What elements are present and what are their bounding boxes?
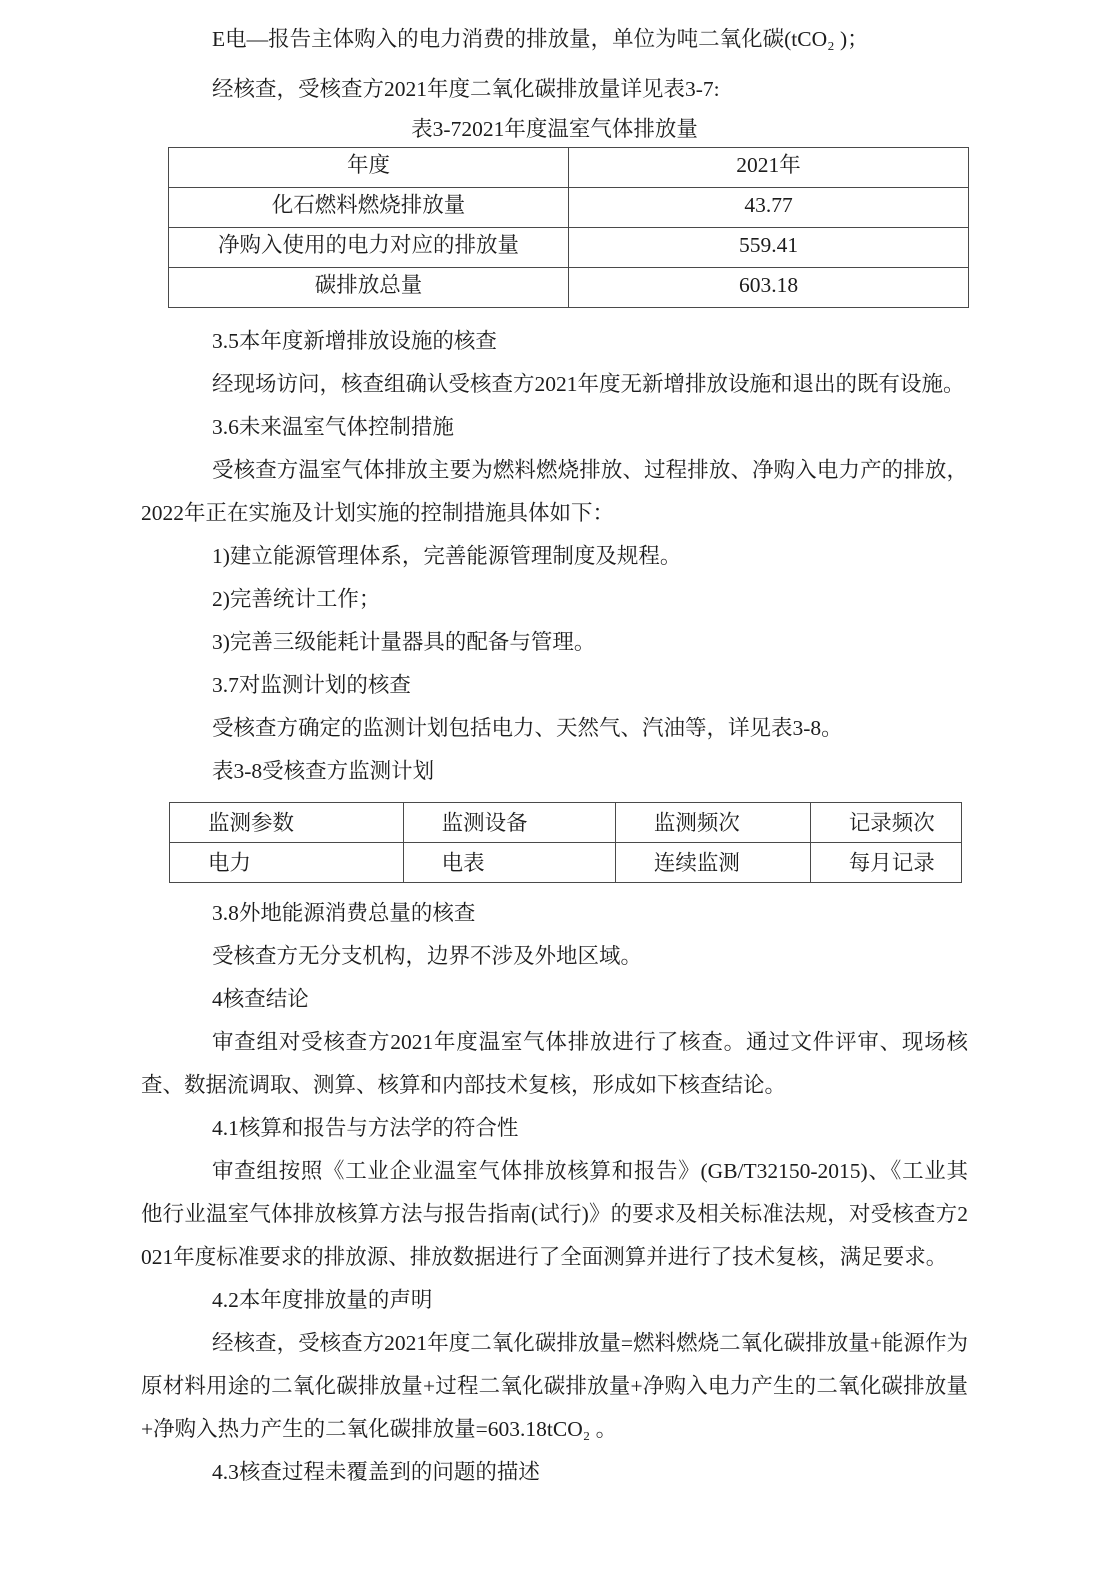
table-cell-fossil-label: 化石燃料燃烧排放量 xyxy=(169,188,569,228)
heading-3-6: 3.6未来温室气体控制措施 xyxy=(141,406,968,449)
header-cell-record-frequency: 记录频次 xyxy=(810,803,961,843)
header-cell-parameter: 监测参数 xyxy=(170,803,404,843)
cell-record-frequency: 每月记录 xyxy=(810,843,961,883)
heading-4-3: 4.3核查过程未覆盖到的问题的描述 xyxy=(141,1451,968,1494)
heading-3-8: 3.8外地能源消费总量的核查 xyxy=(141,892,968,935)
paragraph-4-1-body: 审查组按照《工业企业温室气体排放核算和报告》(GB/T32150-2015)、《… xyxy=(141,1150,968,1279)
paragraph-3-5-body: 经现场访问，核查组确认受核查方2021年度无新增排放设施和退出的既有设施。 xyxy=(141,363,968,406)
paragraph-4-body: 审查组对受核查方2021年度温室气体排放进行了核查。通过文件评审、现场核查、数据… xyxy=(141,1021,968,1107)
header-cell-device: 监测设备 xyxy=(403,803,615,843)
paragraph-see-table-3-7: 经核查，受核查方2021年度二氧化碳排放量详见表3-7: xyxy=(141,68,968,111)
monitoring-plan-table: 监测参数 监测设备 监测频次 记录频次 电力 电表 连续监测 每月记录 xyxy=(169,802,962,883)
measure-item-3: 3)完善三级能耗计量器具的配备与管理。 xyxy=(141,621,968,664)
cell-frequency: 连续监测 xyxy=(615,843,810,883)
paragraph-3-8-body: 受核查方无分支机构，边界不涉及外地区域。 xyxy=(141,935,968,978)
header-cell-frequency: 监测频次 xyxy=(615,803,810,843)
paragraph-electricity-definition: E电—报告主体购入的电力消费的排放量，单位为吨二氧化碳(tCO₂ )； xyxy=(141,18,968,61)
table-row: 净购入使用的电力对应的排放量 559.41 xyxy=(169,228,969,268)
measure-item-2: 2)完善统计工作； xyxy=(141,578,968,621)
table-3-7-caption: 表3-72021年度温室气体排放量 xyxy=(141,111,968,147)
table-cell-electricity-value: 559.41 xyxy=(569,228,969,268)
table-cell-total-label: 碳排放总量 xyxy=(169,268,569,308)
paragraph-4-2-body: 经核查，受核查方2021年度二氧化碳排放量=燃料燃烧二氧化碳排放量+能源作为原材… xyxy=(141,1322,968,1451)
heading-3-7: 3.7对监测计划的核查 xyxy=(141,664,968,707)
paragraph-3-7-body: 受核查方确定的监测计划包括电力、天然气、汽油等，详见表3-8。 xyxy=(141,707,968,750)
cell-device: 电表 xyxy=(403,843,615,883)
heading-4: 4核查结论 xyxy=(141,978,968,1021)
measure-item-1: 1)建立能源管理体系，完善能源管理制度及规程。 xyxy=(141,535,968,578)
heading-4-2: 4.2本年度排放量的声明 xyxy=(141,1279,968,1322)
table-3-8-caption: 表3-8受核查方监测计划 xyxy=(141,750,968,793)
heading-3-5: 3.5本年度新增排放设施的核查 xyxy=(141,320,968,363)
cell-parameter: 电力 xyxy=(170,843,404,883)
table-header-row: 监测参数 监测设备 监测频次 记录频次 xyxy=(170,803,962,843)
table-cell-fossil-value: 43.77 xyxy=(569,188,969,228)
table-row: 碳排放总量 603.18 xyxy=(169,268,969,308)
document-page: E电—报告主体购入的电力消费的排放量，单位为吨二氧化碳(tCO₂ )； 经核查，… xyxy=(0,0,1120,1584)
emissions-summary-table: 年度 2021年 化石燃料燃烧排放量 43.77 净购入使用的电力对应的排放量 … xyxy=(168,147,969,308)
heading-4-1: 4.1核算和报告与方法学的符合性 xyxy=(141,1107,968,1150)
paragraph-3-6-body: 受核查方温室气体排放主要为燃料燃烧排放、过程排放、净购入电力产的排放，2022年… xyxy=(141,449,968,535)
table-cell-total-value: 603.18 xyxy=(569,268,969,308)
table-row: 化石燃料燃烧排放量 43.77 xyxy=(169,188,969,228)
table-cell-electricity-label: 净购入使用的电力对应的排放量 xyxy=(169,228,569,268)
table-row: 电力 电表 连续监测 每月记录 xyxy=(170,843,962,883)
table-row: 年度 2021年 xyxy=(169,148,969,188)
table-cell-year-value: 2021年 xyxy=(569,148,969,188)
table-cell-year-label: 年度 xyxy=(169,148,569,188)
